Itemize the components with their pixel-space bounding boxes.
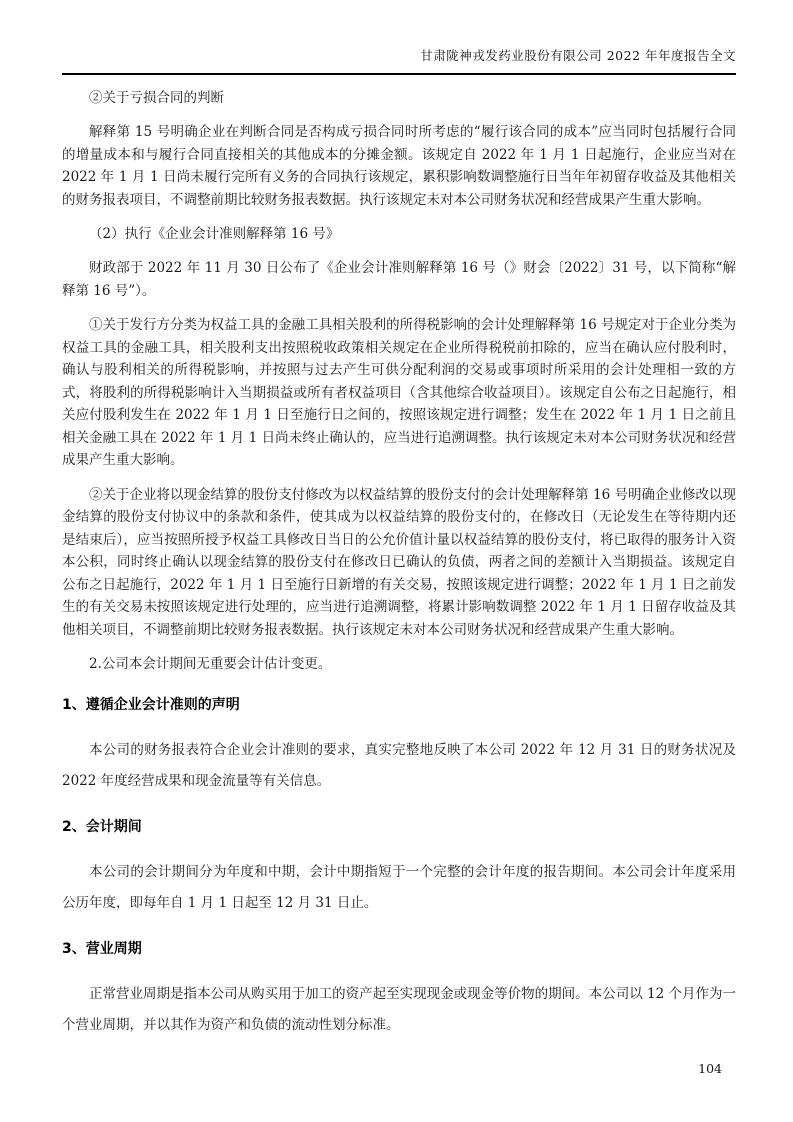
paragraph-compliance-statement: 本公司的财务报表符合企业会计准则的要求，真实完整地反映了本公司 2022 年 1…	[62, 735, 736, 797]
page-header-title: 甘肃陇神戎发药业股份有限公司 2022 年年度报告全文	[62, 46, 736, 75]
paragraph-accounting-period: 本公司的会计期间分为年度和中期，会计中期指短于一个完整的会计年度的报告期间。本公…	[62, 857, 736, 919]
paragraph-share-payment-modification: ②关于企业将以现金结算的股份支付修改为以权益结算的股份支付的会计处理解释第 16…	[62, 484, 736, 642]
page-number: 104	[62, 1061, 736, 1076]
subheading-interpretation-16: （2）执行《企业会计准则解释第 16 号》	[62, 223, 736, 245]
heading-operating-cycle: 3、营业周期	[62, 939, 736, 959]
paragraph-operating-cycle: 正常营业周期是指本公司从购买用于加工的资产起至实现现金或现金等价物的期间。本公司…	[62, 979, 736, 1041]
report-page: 甘肃陇神戎发药业股份有限公司 2022 年年度报告全文 ②关于亏损合同的判断 解…	[0, 0, 793, 1122]
paragraph-no-estimate-change: 2.公司本会计期间无重要会计估计变更。	[62, 653, 736, 675]
heading-accounting-period: 2、会计期间	[62, 817, 736, 837]
paragraph-interpretation-15: 解释第 15 号明确企业在判断合同是否构成亏损合同时所考虑的“履行该合同的成本”…	[62, 121, 736, 211]
subheading-loss-contract-judgment: ②关于亏损合同的判断	[62, 87, 736, 109]
heading-compliance-statement: 1、遵循企业会计准则的声明	[62, 695, 736, 715]
paragraph-dividend-tax-treatment: ①关于发行方分类为权益工具的金融工具相关股利的所得税影响的会计处理解释第 16 …	[62, 314, 736, 472]
document-content: ②关于亏损合同的判断 解释第 15 号明确企业在判断合同是否构成亏损合同时所考虑…	[62, 87, 736, 1041]
paragraph-mof-announcement: 财政部于 2022 年 11 月 30 日公布了《企业会计准则解释第 16 号（…	[62, 257, 736, 302]
